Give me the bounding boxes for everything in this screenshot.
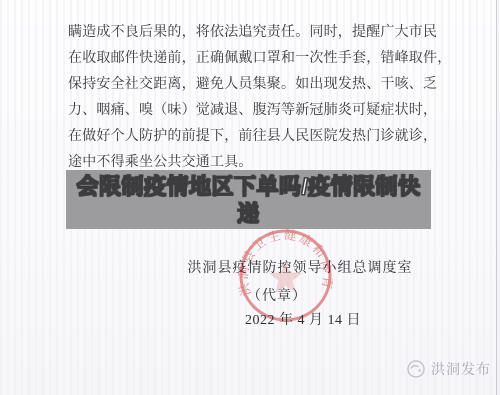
body-text-line: 保持安全社交距离，避免人员集聚。如出现发热、干咳、乏: [68, 72, 440, 98]
page-scan-edge-line: [496, 0, 497, 395]
publisher-logo-icon: [406, 359, 426, 379]
publisher-watermark: 洪洞发布: [406, 359, 491, 379]
body-text-line: 在收取邮件快递前，正确佩戴口罩和一次性手套，错峰取件，: [68, 46, 440, 72]
publisher-name: 洪洞发布: [431, 359, 491, 379]
body-text-line: 在做好个人防护的前提下，前往县人民医院发热门诊就诊，: [68, 124, 440, 150]
overlay-caption-banner: 会限制疫情地区下单吗/疫情限制快递: [66, 170, 431, 229]
signature-seal-note: （代章）: [227, 285, 327, 305]
signature-organization: 洪洞县疫情防控领导小组总调度室: [180, 257, 420, 277]
signature-date: 2022 年 4 月 14 日: [223, 309, 383, 329]
body-text-line: 瞒造成不良后果的，将依法追究责任。同时，提醒广大市民: [68, 20, 440, 46]
scanned-notice-page: 瞒造成不良后果的，将依法追究责任。同时，提醒广大市民 在收取邮件快递前，正确佩戴…: [0, 0, 500, 395]
notice-body-paragraph: 瞒造成不良后果的，将依法追究责任。同时，提醒广大市民 在收取邮件快递前，正确佩戴…: [68, 20, 440, 176]
overlay-caption-title: 会限制疫情地区下单吗/疫情限制快递: [70, 173, 428, 227]
body-text-line: 力、咽痛、嗅（味）觉减退、腹泻等新冠肺炎可疑症状时，: [68, 98, 440, 124]
